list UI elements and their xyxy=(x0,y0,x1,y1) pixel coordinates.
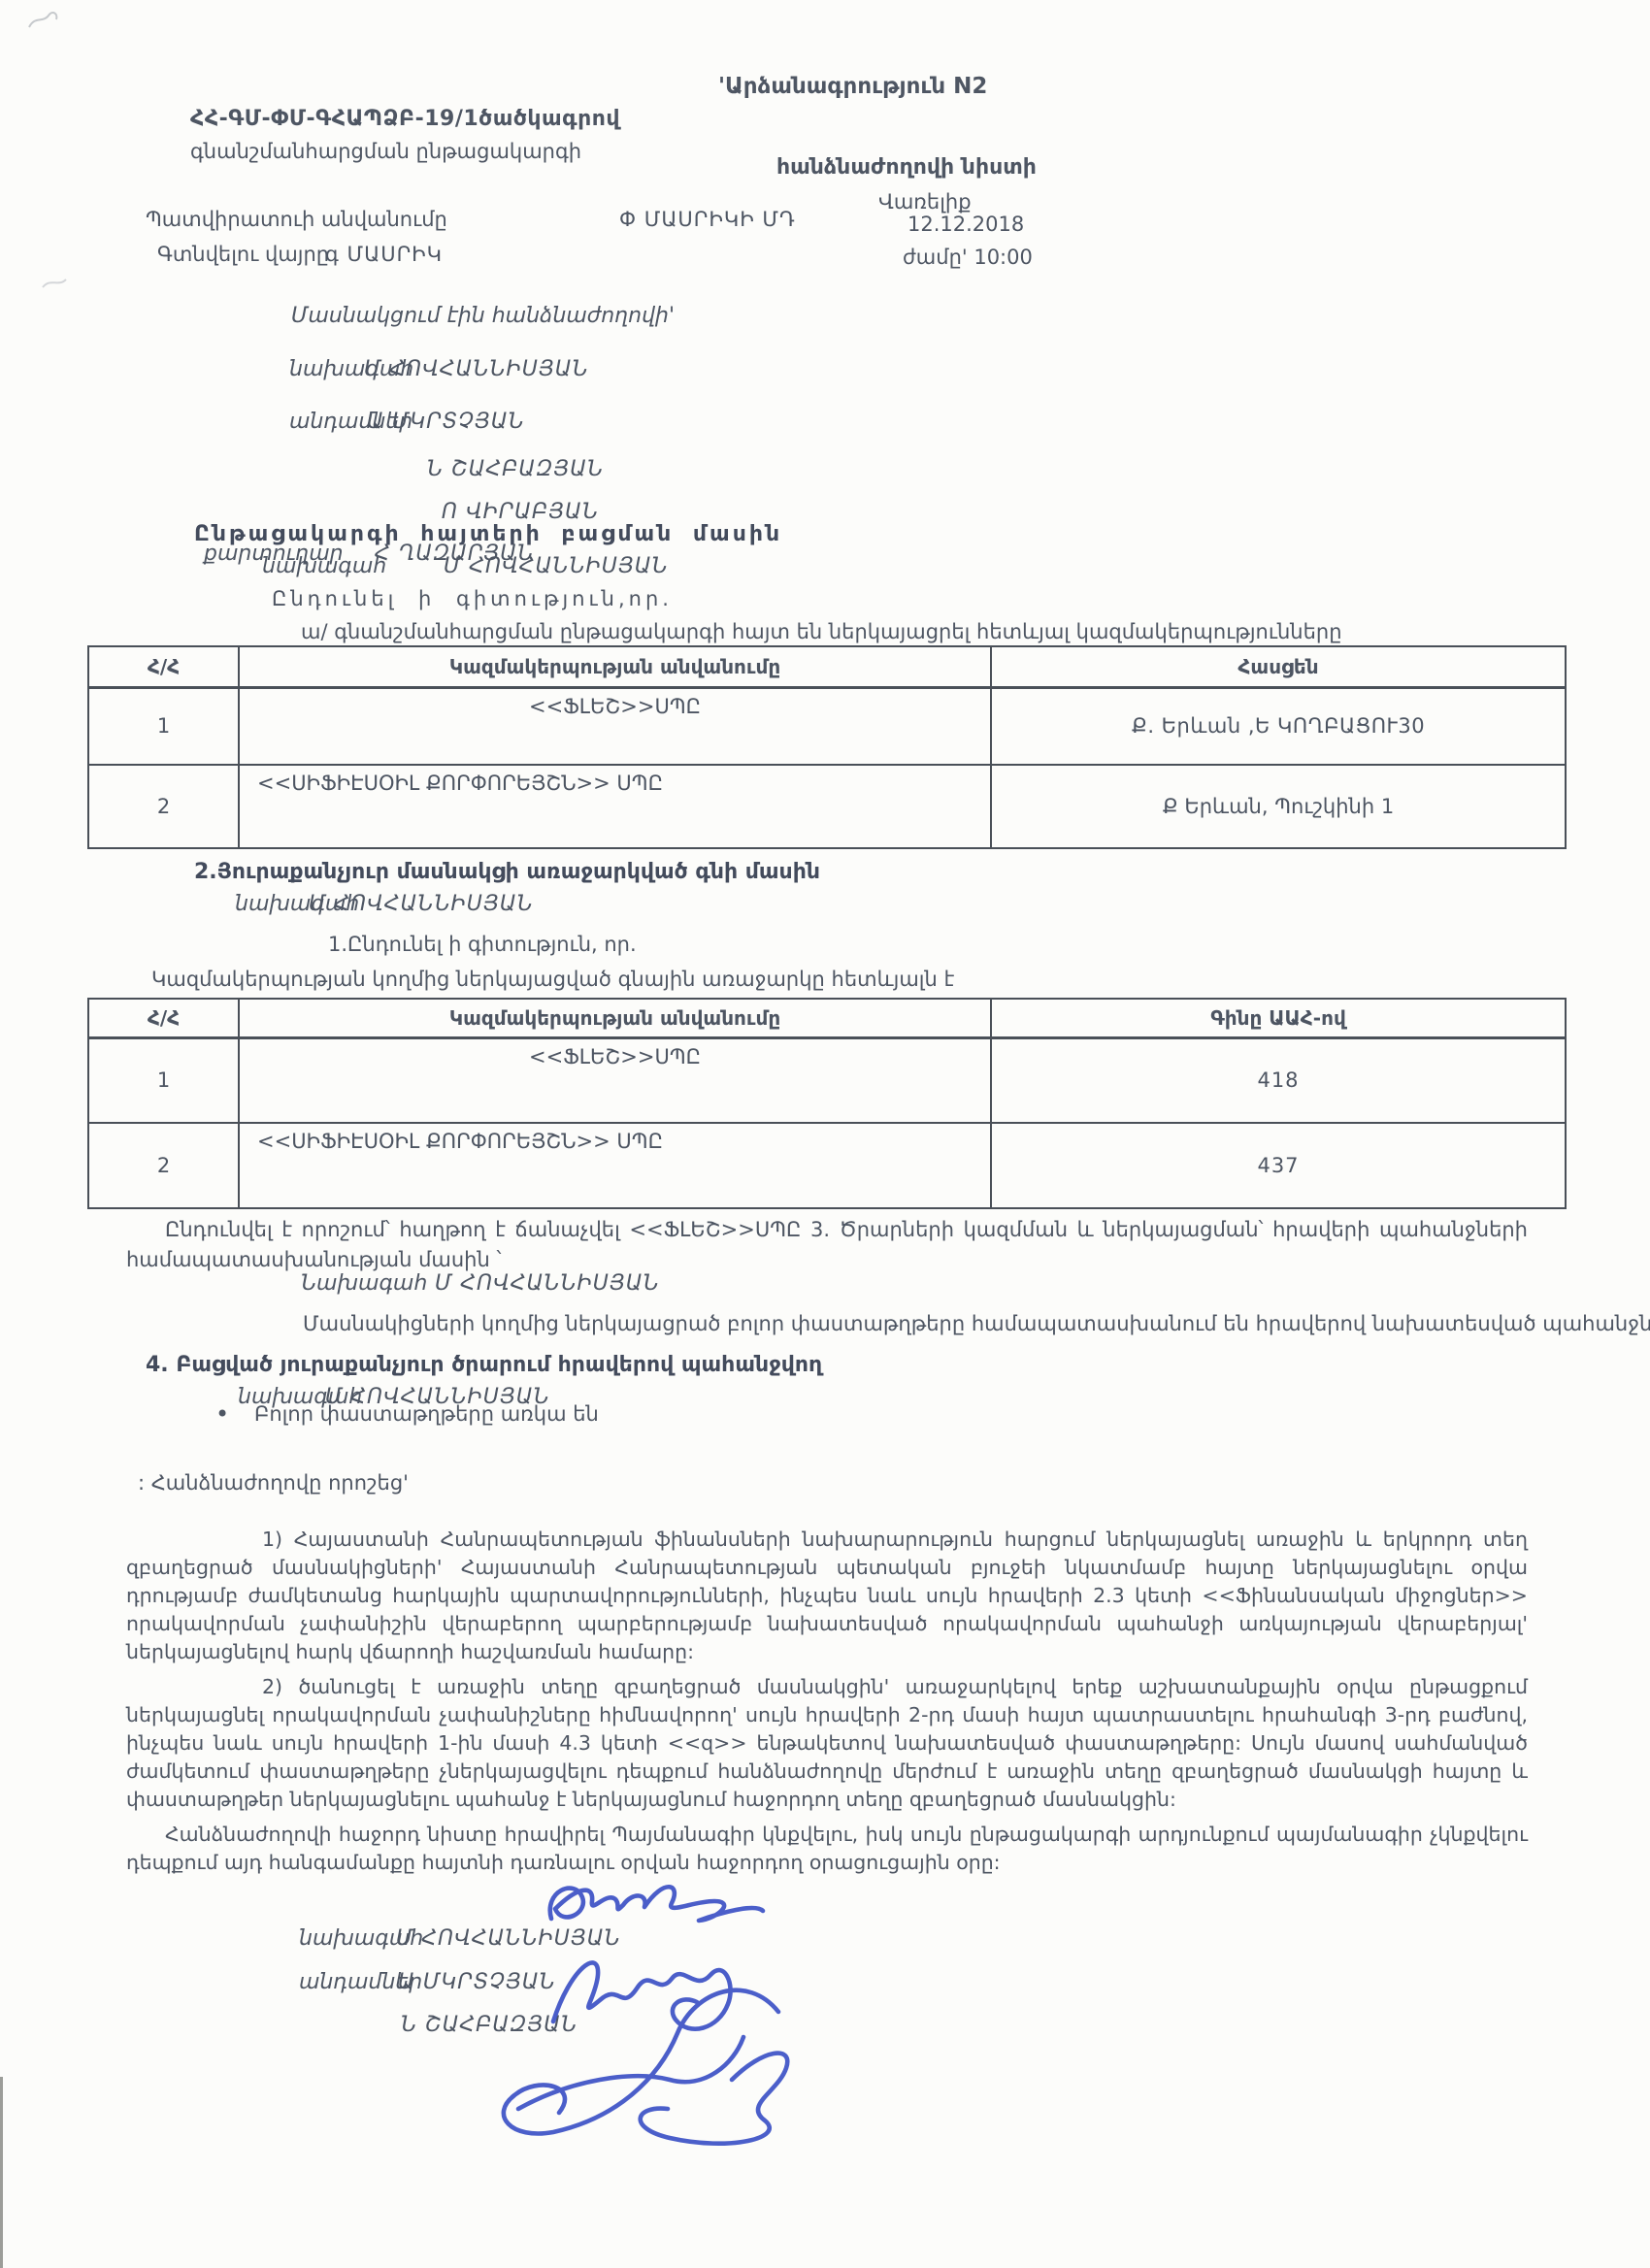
compliance-line: Մասնակիցների կողմից ներկայացրած բոլոր փա… xyxy=(303,1312,1650,1335)
col-header-name: Կազմակերպության անվանումը xyxy=(239,999,991,1037)
decision-chair-label: Նախագահ xyxy=(301,1271,427,1296)
page-title: 'Արձանագրություն N2 xyxy=(718,74,987,99)
bidders-table: Հ/Հ Կազմակերպության անվանումը Հասցեն 1 <… xyxy=(87,645,1567,849)
col-header-name: Կազմակերպության անվանումը xyxy=(239,646,991,687)
section2-heading: 2.Յուրաքանչյուր մասնակցի առաջարկված գնի … xyxy=(194,860,820,884)
col-header-address: Հասցեն xyxy=(991,646,1566,687)
table-row: 2 <<ՍԻՖԻԷՍՕԻԼ ՔՈՐՓՈՐԵՅՇՆ>> ՍՊԸ 437 xyxy=(88,1123,1566,1208)
bidder-name: <<ՍԻՖԻԷՍՕԻԼ ՔՈՐՓՈՐԵՅՇՆ>> ՍՊԸ xyxy=(239,765,991,848)
resolution-item-2: 2) ծանուցել է առաջին տեղը զբաղեցրած մասն… xyxy=(126,1673,1528,1814)
scanned-protocol-page: 'Արձանագրություն N2 ՀՀ-ԳՄ-ՓՄ-ԳՀԱՊՁԲ-19/1… xyxy=(0,0,1650,2268)
table-row: 2 <<ՍԻՖԻԷՍՕԻԼ ՔՈՐՓՈՐԵՅՇՆ>> ՍՊԸ Ք Երևան, … xyxy=(88,765,1566,848)
bullet-icon: • xyxy=(215,1400,229,1428)
bidder-name: <<ՖԼԵՇ>>ՍՊԸ xyxy=(239,1037,991,1123)
customer-value: Փ ՄԱՍՐԻԿԻ ՄԴ xyxy=(619,208,796,231)
col-header-num: Հ/Հ xyxy=(88,999,239,1037)
section1-note: Ընդունել ի գիտություն,որ. xyxy=(272,587,673,610)
scan-edge-shadow xyxy=(0,2077,3,2268)
bullet-text: Բոլոր փաստաթղթերը առկա են xyxy=(254,1402,599,1426)
meeting-date: 12.12.2018 xyxy=(907,213,1024,236)
decision-paragraph: Ընդունվել է որոշում՝ հաղթող է ճանաչվել <… xyxy=(126,1215,1528,1275)
row-num: 2 xyxy=(88,765,239,848)
bid-price: 437 xyxy=(991,1123,1566,1208)
resolved-line: : Հանձնաժողովը որոշեց' xyxy=(138,1471,409,1495)
location-label: Գտնվելու վայրը xyxy=(157,243,329,266)
signature-ink xyxy=(417,1858,941,2169)
participants-intro: Մասնակցում էին հանձնաժողովի' xyxy=(291,304,675,328)
decision-chair-name: Մ ՀՈՎՀԱՆՆԻՍՅԱՆ xyxy=(435,1271,660,1296)
row-num: 1 xyxy=(88,1037,239,1123)
section1-chair-label: նախագահ xyxy=(262,554,386,578)
table-row: 1 <<ՖԼԵՇ>>ՍՊԸ Ք. Երևան ,Ե ԿՈՂԲԱՑՈՒ30 xyxy=(88,687,1566,765)
bidder-name: <<ՍԻՖԻԷՍՕԻԼ ՔՈՐՓՈՐԵՅՇՆ>> ՍՊԸ xyxy=(239,1123,991,1208)
meeting-subtitle: հանձնաժողովի նիստի xyxy=(776,155,1037,180)
bid-price: 418 xyxy=(991,1037,1566,1123)
bidder-address: Ք. Երևան ,Ե ԿՈՂԲԱՑՈՒ30 xyxy=(991,687,1566,765)
table-row: 1 <<ՖԼԵՇ>>ՍՊԸ 418 xyxy=(88,1037,1566,1123)
subject-line: Վառելիք xyxy=(878,190,972,214)
section1-heading: Ընթացակարգի հայտերի բացման մասին xyxy=(194,522,782,546)
pencil-scan-mark xyxy=(33,262,82,301)
member-name: Ն ՇԱՀԲԱԶՅԱՆ xyxy=(427,457,604,481)
section2-line: Կազմակերպության կողմից ներկայացված գնայի… xyxy=(151,968,954,991)
section2-chair-name: Մ ՀՈՎՀԱՆՆԻՍՅԱՆ xyxy=(309,892,534,916)
customer-label: Պատվիրատուի անվանումը xyxy=(146,208,447,231)
resolutions-block: 1) Հայաստանի Հանրապետության ֆինանսների ն… xyxy=(126,1526,1528,1884)
member-name: Ո ՎԻՐԱԲՅԱՆ xyxy=(442,500,599,524)
chairman-name: Մ ՀՈՎՀԱՆՆԻՍՅԱՆ xyxy=(364,357,589,381)
col-header-price: Գինը ԱԱՀ-ով xyxy=(991,999,1566,1037)
col-header-num: Հ/Հ xyxy=(88,646,239,687)
section1-chair-name: Մ ՀՈՎՀԱՆՆԻՍՅԱՆ xyxy=(444,554,669,578)
section4-heading: 4. Բացված յուրաքանչյուր ծրարում հրավերով… xyxy=(146,1353,822,1377)
signature-chairman xyxy=(550,1887,763,1921)
row-num: 1 xyxy=(88,687,239,765)
section2-note: 1.Ընդունել ի գիտություն, որ. xyxy=(328,933,637,956)
bidder-name: <<ՖԼԵՇ>>ՍՊԸ xyxy=(239,687,991,765)
meeting-time: ժամը' 10:00 xyxy=(903,246,1033,269)
section1-line-a: ա/ գնանշմանհարցման ընթացակարգի հայտ են ն… xyxy=(301,620,1342,643)
resolution-item-1: 1) Հայաստանի Հանրապետության ֆինանսների ն… xyxy=(126,1526,1528,1666)
prices-table: Հ/Հ Կազմակերպության անվանումը Գինը ԱԱՀ-ո… xyxy=(87,998,1567,1209)
procurement-code: ՀՀ-ԳՄ-ՓՄ-ԳՀԱՊՁԲ-19/1ծածկագրով xyxy=(190,107,620,131)
signature-member2 xyxy=(504,1990,787,2144)
bidder-address: Ք Երևան, Պուշկինի 1 xyxy=(991,765,1566,848)
procedure-line: գնանշմանհարցման ընթացակարգի xyxy=(190,140,581,163)
row-num: 2 xyxy=(88,1123,239,1208)
member-name: Ա ՄԿՐՏՉՅԱՆ xyxy=(367,410,525,434)
pencil-scan-mark xyxy=(16,0,74,43)
location-value: գ ՄԱՍՐԻԿ xyxy=(325,243,443,266)
signature-member1 xyxy=(553,1962,731,2028)
